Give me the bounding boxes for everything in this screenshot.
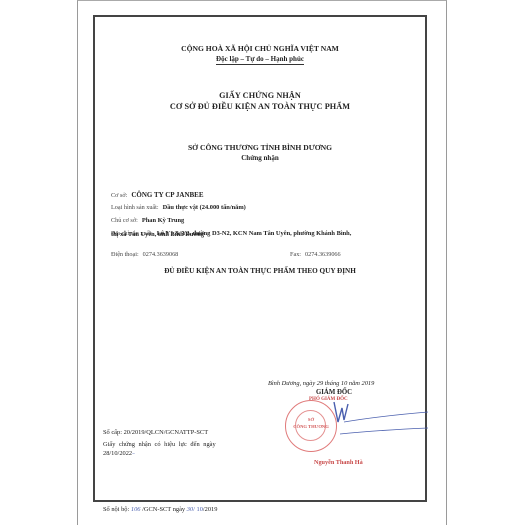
internal-date-year: /2019: [203, 506, 218, 513]
title-line-1: GIẤY CHỨNG NHẬN: [93, 91, 427, 100]
issuer-subtitle: Chứng nhận: [93, 154, 427, 162]
fax-row: Fax: 0274.3639066: [290, 243, 341, 261]
fax-label: Fax:: [290, 251, 301, 258]
conclusion: ĐỦ ĐIỀU KIỆN AN TOÀN THỰC PHẨM THEO QUY …: [93, 267, 427, 275]
validity-line-2: 28/10/2022~: [103, 450, 135, 457]
signer-name: Nguyễn Thanh Hà: [314, 459, 363, 466]
phone-row: Điện thoại: 0274.3639068: [111, 243, 178, 261]
internal-date-month: / 10: [193, 506, 203, 513]
validity-date: 28/10/2022: [103, 450, 132, 457]
internal-number-handwritten: 106: [131, 506, 141, 513]
validity-line-1: Giấy chứng nhận có hiệu lực đến ngày: [103, 441, 216, 448]
internal-number-suffix: /GCN-SCT ngày: [142, 506, 185, 513]
header-motto-text: Độc lập – Tự do – Hạnh phúc: [216, 55, 304, 65]
issuer: SỞ CÔNG THƯƠNG TỈNH BÌNH DƯƠNG: [93, 143, 427, 152]
internal-number-prefix: Số nội bộ:: [103, 506, 129, 513]
phone-label: Điện thoại:: [111, 251, 139, 258]
header-motto: Độc lập – Tự do – Hạnh phúc: [93, 55, 427, 65]
place-date: Bình Dương, ngày 29 tháng 10 năm 2019: [268, 380, 374, 387]
signer-title: GIÁM ĐỐC: [316, 389, 352, 396]
fax-value: 0274.3639066: [305, 251, 341, 258]
stamp-text-2: CÔNG THƯƠNG: [286, 424, 336, 429]
stamp-text-1: SỞ: [286, 417, 336, 422]
title-line-2: CƠ SỞ ĐỦ ĐIỀU KIỆN AN TOÀN THỰC PHẨM: [93, 102, 427, 111]
cert-number: Số cấp: 20/2019/QLCN/GCNATTP-SCT: [103, 429, 208, 436]
internal-number: Số nội bộ: 106 /GCN-SCT ngày 30/ 10/2019: [103, 506, 217, 513]
header-country: CỘNG HOÀ XÃ HỘI CHỦ NGHĨA VIỆT NAM: [93, 44, 427, 53]
signature-icon: [330, 400, 430, 440]
address-value-line2: thị xã Tân Uyên, tỉnh Bình Dương: [111, 231, 204, 238]
phone-value: 0274.3639068: [143, 251, 179, 258]
